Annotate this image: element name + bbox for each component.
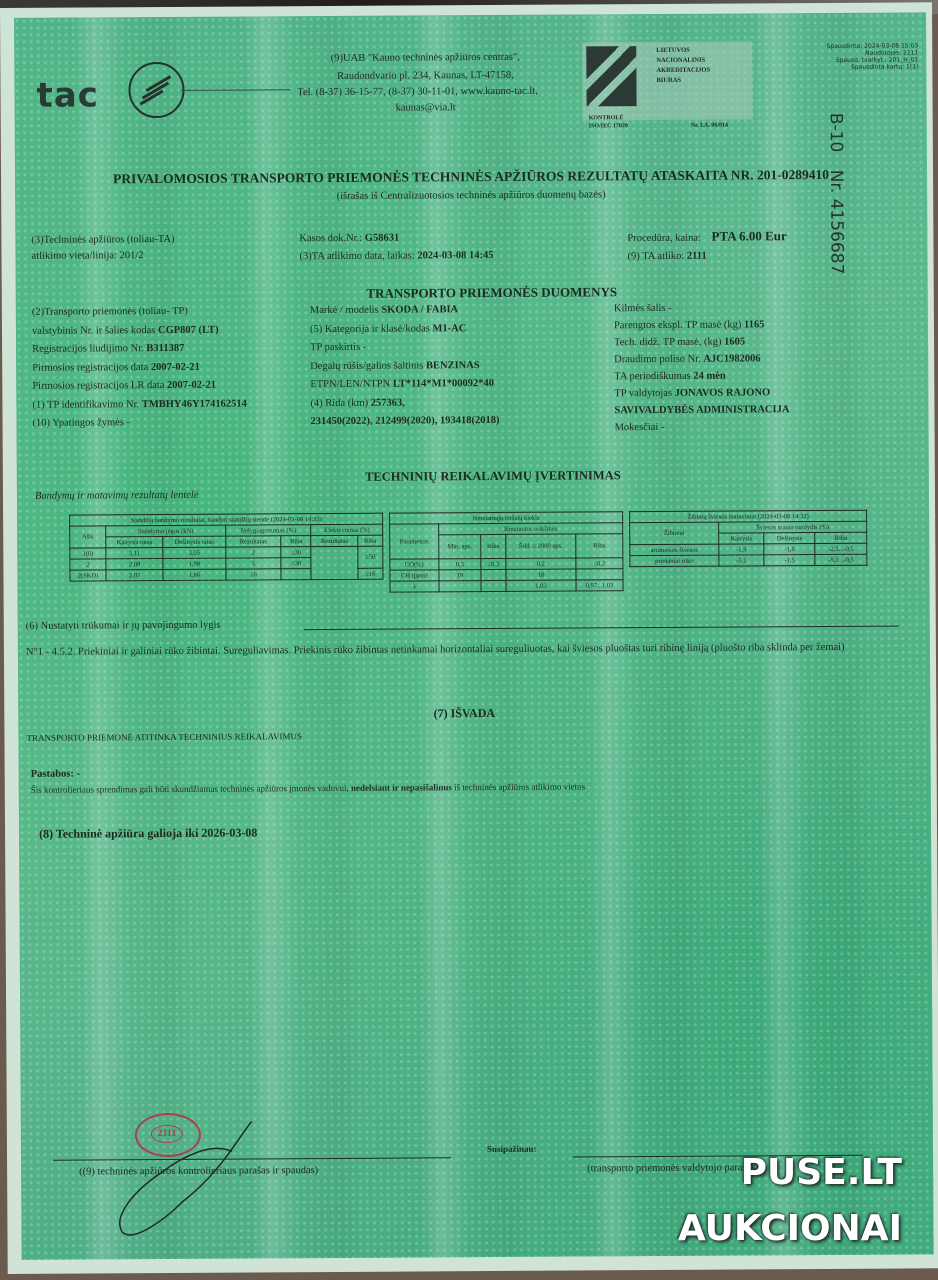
vehicle-field-value: 2007-02-21 (151, 361, 200, 372)
emission-col-2: Riba (481, 534, 506, 558)
inspection-date-row: (3)TA atlikimo data, laikas: 2024-03-08 … (299, 249, 493, 263)
performed-by-value: 2111 (687, 251, 707, 262)
vehicle-field: TA periodiškumas 24 mėn (614, 370, 726, 384)
vehicle-field-value: 257363, (371, 397, 405, 408)
vehicle-field-label: (1) TP identifikavimo Nr. (32, 399, 141, 411)
accreditation-control: KONTROLĖ (589, 114, 624, 122)
force-right-cell: 1,86 (163, 569, 225, 580)
validity-row: (8) Techninė apžiūra galioja iki 2026-03… (39, 826, 257, 840)
vehicle-field-label: TP paskirtis - (310, 342, 366, 353)
org-address: Raudondvario pl. 234, Kaunas, LT-47158, (290, 69, 560, 84)
imbalance-header: Nelygiagretumas (%) (225, 525, 311, 537)
tac-logo-emblem-icon (128, 62, 184, 118)
vehicle-field: valstybinis Nr. ir šalies kodas CGP807 (… (32, 323, 219, 337)
vehicle-field: TP valdytojas JONAVOS RAJONO (614, 386, 770, 400)
lights-col-left: Kairysis (719, 533, 764, 544)
imbalance-cell: 10 (226, 569, 282, 580)
vehicle-field-value: BENZINAS (426, 360, 480, 371)
inspection-report-document: tac (9)UAB "Kauno techninės apžiūros cen… (0, 2, 938, 1274)
inspection-place-value: 201/2 (120, 250, 144, 261)
inspection-date-label: (3)TA atlikimo data, laikas: (299, 250, 414, 262)
vehicle-field-label: TP valdytojas (614, 388, 674, 399)
accreditation-line-1: LIETUVOS (656, 46, 690, 56)
lamp-header: Žibintai (630, 522, 719, 545)
force-left-cell: 2,07 (106, 570, 163, 581)
imbalance-limit-cell (281, 569, 311, 580)
vehicle-field-value: LT*114*M1*00092*40 (393, 378, 494, 390)
vehicle-field-label: Pirmosios registracijos LR data (32, 380, 167, 392)
vehicle-field-label: Parengtos ekspl. TP masė (kg) (614, 319, 744, 331)
efficiency-col-limit: Riba (358, 535, 383, 546)
param-header: Parametras (390, 524, 439, 559)
vehicle-field-label: (4) Rida (km) (310, 397, 370, 408)
conclusion-title: (7) IŠVADA (304, 706, 624, 721)
value-cell (439, 581, 481, 592)
angle-header: Šviesos srauto nuolydis (%) (719, 521, 867, 533)
value-cell: -1,9 (719, 544, 764, 555)
vehicle-field: (2)Transporto priemonės (toliau- TP) (32, 305, 188, 319)
vehicle-field-label: valstybinis Nr. ir šalies kodas (32, 325, 158, 337)
axle-cell: 2(SKD) (70, 570, 106, 581)
table-row: priekiniai rūko -5,1 -1,5 -5,1...-0,5 (630, 554, 867, 566)
value-cell (481, 580, 506, 591)
value-cell: 0,2 (506, 558, 576, 569)
limit-cell: -5,1...-0,5 (815, 554, 867, 565)
vehicle-field-value: SAVIVALDYBĖS ADMINISTRACIJA (614, 404, 789, 416)
value-cell: 18 (506, 569, 576, 580)
performed-by-row: (9) TA atliko: 2111 (627, 250, 706, 263)
force-left-cell: 3,11 (106, 548, 163, 559)
lamp-cell: artimosios šviesos (630, 544, 719, 556)
org-email: kaunas@via.lt (291, 101, 561, 116)
org-name: (9)UAB "Kauno techninės apžiūros centras… (290, 51, 560, 66)
inspection-place-label: (3)Techninės apžiūros (toliau-TA) (31, 233, 174, 247)
vehicle-field-label: Tech. didž. TP masė, (kg) (614, 337, 724, 349)
value-cell: 19 (439, 570, 481, 581)
param-cell: λ (390, 581, 439, 592)
signature-icon (102, 1111, 273, 1252)
lights-col-limit: Riba (815, 532, 867, 543)
validity-label: (8) Techninė apžiūra galioja iki (39, 826, 198, 841)
cash-doc-value: G58631 (365, 233, 399, 244)
technical-section-title: TECHNINIŲ REIKALAVIMŲ ĮVERTINIMAS (253, 468, 733, 486)
lamp-cell: priekiniai rūko (630, 555, 719, 567)
force-col-right: Dešinysis ratas (163, 536, 225, 547)
emission-col-4: Riba (576, 534, 623, 558)
param-cell: CH (ppm) (390, 570, 439, 581)
inspection-date-value: 2024-03-08 14:45 (417, 250, 493, 261)
accreditation-line-3: AKREDITACIJOS (656, 66, 710, 76)
vehicle-field: TP paskirtis - (310, 341, 366, 354)
imbalance-cell: 2 (225, 547, 281, 558)
vehicle-field: Tech. didž. TP masė, (kg) 1605 (614, 335, 745, 349)
vehicle-field-value: 1605 (724, 336, 745, 347)
vehicle-field: (1) TP identifikavimo Nr. TMBHY46Y174162… (32, 397, 246, 411)
imbalance-col-limit: Riba (281, 536, 311, 547)
performed-by-label: (9) TA atliko: (627, 251, 684, 262)
vehicle-field-label: TA periodiškumas (614, 371, 693, 382)
vehicle-field-value: 2007-02-21 (167, 380, 216, 391)
vehicle-field: Degalų rūšis/galios šaltinis BENZINAS (310, 359, 480, 373)
brake-test-table: Stabdžių bandymo rezultatai, bandyti sta… (69, 513, 383, 582)
tests-table-label: Bandymų ir matavimų rezultatų lentelė (35, 489, 199, 503)
vehicle-field-label: Draudimo poliso Nr. (614, 354, 703, 366)
vehicle-section-title: TRANSPORTO PRIEMONĖS DUOMENYS (252, 284, 732, 302)
form-code-label: B-10 (826, 113, 846, 153)
efficiency-limit-cell: ≥16 (358, 568, 383, 579)
force-right-cell: 3,05 (163, 547, 225, 558)
notes-text-emphasis: nedelsiant ir nepasišalinus (351, 782, 452, 793)
imbalance-limit-cell: ≤30 (281, 558, 311, 569)
watermark-line-2: AUKCIONAI (678, 1208, 902, 1249)
form-serial-number: Nr. 4156687 (826, 170, 847, 275)
notes-text-start: Šis kontrolieriaus sprendimas gali būti … (31, 783, 349, 795)
vehicle-field-label: Registracijos liudijimo Nr. (32, 343, 146, 355)
accreditation-logo-icon (586, 46, 636, 106)
vehicle-field-value: AJC1982006 (703, 353, 760, 364)
inspection-place-row: atlikimo vieta/linija: 201/2 (31, 249, 143, 263)
tac-logo: tac (36, 75, 99, 115)
vehicle-field-label: Degalų rūšis/galios šaltinis (310, 360, 426, 372)
conclusion-text: TRANSPORTO PRIEMONĖ ATITINKA TECHNINIUS … (26, 730, 302, 745)
vehicle-field-value: 231450(2022), 212499(2020), 193418(2018) (310, 415, 499, 427)
vehicle-field-value: 1165 (744, 319, 764, 330)
force-left-cell: 2,08 (106, 559, 163, 570)
vehicle-field-label: (2)Transporto priemonės (toliau- TP) (32, 306, 188, 318)
value-cell: 1,03 (506, 580, 576, 591)
vehicle-field: (4) Rida (km) 257363, (310, 396, 405, 410)
value-cell: ≤0,2 (576, 558, 623, 569)
vehicle-field: SAVIVALDYBĖS ADMINISTRACIJA (614, 403, 789, 417)
efficiency-result-cell (311, 546, 358, 579)
axle-cell: 1(0) (70, 548, 106, 559)
notes-text-end: iš techninės apžiūros atlikimo vietos (454, 781, 585, 792)
accreditation-number: Nr. I.A. 06/814 (691, 122, 728, 130)
vehicle-field: Mokesčiai - (615, 421, 665, 434)
vehicle-field: Registracijos liudijimo Nr. B311387 (32, 342, 184, 356)
efficiency-col-result: Rezultatas (311, 535, 358, 546)
imbalance-col-result: Rezultatas (225, 536, 281, 547)
efficiency-header: Efektyvumas (%) (311, 524, 383, 535)
value-cell: -1,6 (764, 544, 815, 555)
lights-col-right: Dešinysis (764, 533, 815, 544)
axle-header: Ašis (70, 526, 106, 548)
vehicle-field: 231450(2022), 212499(2020), 193418(2018) (310, 414, 499, 428)
param-cell: CO(%) (390, 559, 439, 570)
vehicle-field-label: Kilmės šalis - (614, 303, 672, 314)
value-cell: 0,3 (439, 559, 481, 570)
defects-label: (6) Nustatyti trūkumai ir jų pavojingumo… (26, 619, 221, 633)
vehicle-field-value: 24 mėn (693, 371, 725, 382)
imbalance-limit-cell: ≤30 (281, 547, 311, 558)
accreditation-line-2: NACIONALINIS (656, 56, 705, 66)
vehicle-field-label: ETPN/LEN/NTPN (310, 379, 393, 391)
emission-test-table: Išmetamųjų teršalų kiekis Parametras Išm… (389, 511, 623, 592)
watermark-line-1: PUSE.LT (741, 1152, 902, 1193)
table-row: λ 1,03 0,97...1,03 (390, 580, 623, 592)
vehicle-field-value: B311387 (146, 343, 184, 354)
owner-signature-caption: (transporto priemonės valdytojo parašas) (587, 1161, 759, 1175)
value-cell: ≤0,3 (481, 558, 506, 569)
inspection-place-label-2: atlikimo vieta/linija: (31, 250, 117, 262)
emission-col-1: Min. aps. (438, 535, 480, 559)
vehicle-field-label: Pirmosios registracijos data (32, 362, 151, 374)
vehicle-field-label: Markė / modelis (310, 305, 382, 316)
vehicle-field: (5) Kategorija ir klasė/kodas M1-AC (310, 322, 466, 336)
vehicle-field: Pirmosios registracijos data 2007-02-21 (32, 360, 200, 374)
vehicle-field: (10) Ypatingos žymės - (32, 416, 130, 430)
vehicle-field-label: (10) Ypatingos žymės - (33, 417, 131, 429)
accreditation-line-4: BIURAS (656, 76, 681, 86)
cash-doc-row: Kasos dok.Nr.: G58631 (299, 232, 399, 246)
procedure-value: PTA 6.00 Eur (711, 228, 786, 243)
vehicle-field: Parengtos ekspl. TP masė (kg) 1165 (614, 318, 765, 332)
force-col-left: Kairysis ratas (106, 537, 163, 548)
force-right-cell: 1,98 (163, 558, 225, 569)
vehicle-field: Pirmosios registracijos LR data 2007-02-… (32, 379, 216, 393)
print-meta-4: Spausdinta kartų: 1(1) (851, 63, 918, 70)
value-cell: -1,5 (764, 555, 815, 566)
vehicle-field-label: Mokesčiai - (615, 422, 665, 433)
vehicle-field: ETPN/LEN/NTPN LT*114*M1*00092*40 (310, 377, 494, 391)
validity-date: 2026-03-08 (201, 825, 257, 839)
vehicle-field-value: TMBHY46Y174162514 (142, 398, 247, 410)
notes-label: Pastabos: - (31, 768, 80, 781)
vehicle-field: Draudimo poliso Nr. AJC1982006 (614, 352, 760, 366)
value-cell: -5,1 (719, 555, 764, 566)
vehicle-field: Markė / modelis SKODA / FABIA (310, 303, 458, 317)
value-cell (481, 569, 506, 580)
procedure-label: Procedūra, kaina: (627, 233, 701, 244)
value-cell: 0,97...1,03 (576, 580, 623, 591)
value-cell (576, 569, 623, 580)
vehicle-field-value: SKODA / FABIA (381, 304, 458, 315)
limit-cell: -2,5...-0,5 (815, 543, 867, 554)
force-header: Stabdymo jėgos (kN) (106, 525, 226, 537)
acknowledge-label: Susipažinau: (487, 1143, 537, 1156)
inspector-signature-caption: ((9) techninės apžiūros kontrolieriaus p… (79, 1164, 318, 1178)
cash-doc-label: Kasos dok.Nr.: (299, 233, 362, 244)
imbalance-cell: 5 (226, 558, 282, 569)
vehicle-field-label: (5) Kategorija ir klasė/kodas (310, 323, 433, 335)
vehicle-field-value: CGP807 (LT) (158, 324, 219, 335)
efficiency-limit-cell: ≥50 (358, 546, 383, 568)
accreditation-standard: ISO/IEC 17020 (589, 122, 628, 130)
vehicle-field: Kilmės šalis - (614, 302, 672, 315)
vehicle-field-value: JONAVOS RAJONO (675, 387, 771, 399)
axle-cell: 2 (70, 559, 106, 570)
lights-test-table: Žibintų šviesos matavimai (2024-03-08 14… (629, 510, 867, 567)
vehicle-field-value: M1-AC (432, 323, 466, 334)
emission-col-3: Šild. ≥ 2000 aps. (506, 534, 576, 558)
org-contacts: Tel. (8-37) 36-15-77, (8-37) 30-11-01, w… (262, 85, 572, 100)
procedure-row: Procedūra, kaina: PTA 6.00 Eur (627, 229, 786, 245)
